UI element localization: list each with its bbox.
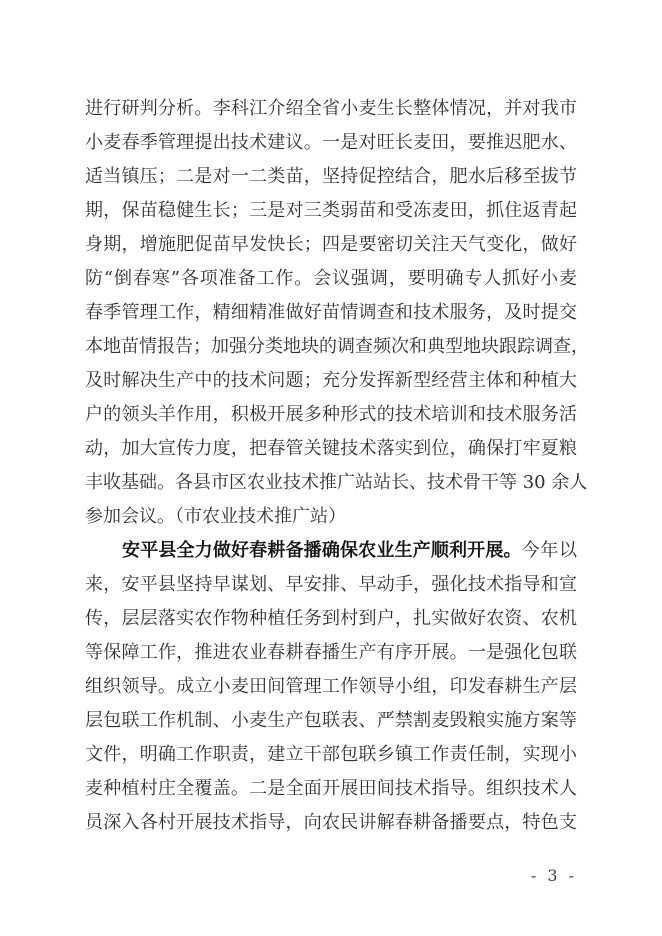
- paragraph1-line: 户的领头羊作用，积极开展多种形式的技术培训和技术服务活: [85, 398, 577, 432]
- paragraph2-line: 员深入各村开展技术指导，向农民讲解春耕备播要点，特色支: [85, 806, 577, 840]
- paragraph1-line: 身期，增施肥促苗早发快长；四是要密切关注天气变化，做好: [85, 228, 577, 262]
- paragraph1-line: 适当镇压；二是对一二类苗，坚持促控结合，肥水后移至拔节: [85, 160, 577, 194]
- paragraph1-line: 动，加大宣传力度，把春管关键技术落实到位，确保打牢夏粮: [85, 432, 577, 466]
- document-body: 进行研判分析。李科江介绍全省小麦生长整体情况，并对我市 小麦春季管理提出技术建议…: [85, 92, 577, 840]
- paragraph1-line: 小麦春季管理提出技术建议。一是对旺长麦田，要推迟肥水、: [85, 126, 577, 160]
- paragraph2-line: 文件，明确工作职责，建立干部包联乡镇工作责任制，实现小: [85, 738, 577, 772]
- paragraph2-line: 组织领导。成立小麦田间管理工作领导小组，印发春耕生产层: [85, 670, 577, 704]
- paragraph2-line: 传，层层落实农作物种植任务到村到户，扎实做好农资、农机: [85, 602, 577, 636]
- paragraph1-last-line: 参加会议。（市农业技术推广站）: [85, 500, 577, 534]
- paragraph1-line: 本地苗情报告；加强分类地块的调查频次和典型地块跟踪调查，: [85, 330, 577, 364]
- paragraph2-line: 等保障工作，推进农业春耕春播生产有序开展。一是强化包联: [85, 636, 577, 670]
- paragraph1-line: 丰收基础。各县市区农业技术推广站站长、技术骨干等 30 余人: [85, 466, 577, 500]
- paragraph1-line: 进行研判分析。李科江介绍全省小麦生长整体情况，并对我市: [85, 92, 577, 126]
- paragraph2-heading: 安平县全力做好春耕备播确保农业生产顺利开展。: [122, 540, 522, 561]
- paragraph2-heading-rest: 今年以: [522, 540, 577, 561]
- paragraph1-line: 春季管理工作，精细精准做好苗情调查和技术服务，及时提交: [85, 296, 577, 330]
- paragraph2-line: 层包联工作机制、小麦生产包联表、严禁割麦毁粮实施方案等: [85, 704, 577, 738]
- paragraph2-line: 麦种植村庄全覆盖。二是全面开展田间技术指导。组织技术人: [85, 772, 577, 806]
- page-number: - 3 -: [85, 866, 577, 886]
- paragraph1-line: 期，保苗稳健生长；三是对三类弱苗和受冻麦田，抓住返青起: [85, 194, 577, 228]
- paragraph2-first-line: 安平县全力做好春耕备播确保农业生产顺利开展。今年以: [85, 534, 577, 568]
- paragraph1-line: 及时解决生产中的技术问题；充分发挥新型经营主体和种植大: [85, 364, 577, 398]
- paragraph2-line: 来，安平县坚持早谋划、早安排、早动手，强化技术指导和宣: [85, 568, 577, 602]
- paragraph1-line: 防“倒春寒”各项准备工作。会议强调，要明确专人抓好小麦: [85, 262, 577, 296]
